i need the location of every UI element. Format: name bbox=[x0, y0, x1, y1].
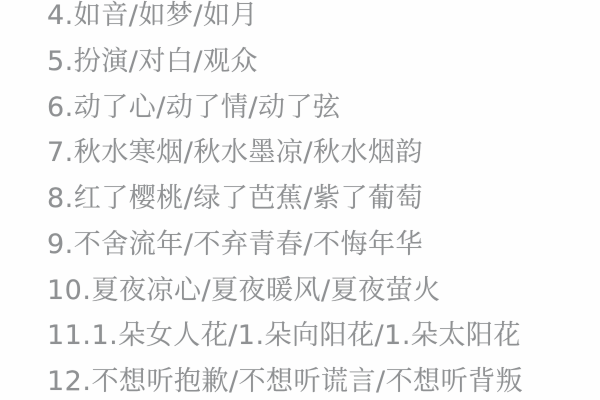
list-item: 11.1.朵女人花/1.朵向阳花/1.朵太阳花 bbox=[47, 313, 600, 359]
list-item: 4.如音/如梦/如月 bbox=[47, 0, 600, 39]
list-item: 7.秋水寒烟/秋水墨凉/秋水烟韵 bbox=[47, 130, 600, 176]
list-item: 6.动了心/动了情/动了弦 bbox=[47, 85, 600, 131]
list-item: 8.红了樱桃/绿了芭蕉/紫了葡萄 bbox=[47, 176, 600, 222]
list-item: 10.夏夜凉心/夏夜暖风/夏夜萤火 bbox=[47, 268, 600, 314]
list-item: 5.扮演/对白/观众 bbox=[47, 39, 600, 85]
list-item: 9.不舍流年/不弃青春/不悔年华 bbox=[47, 222, 600, 268]
nickname-list: 4.如音/如梦/如月 5.扮演/对白/观众 6.动了心/动了情/动了弦 7.秋水… bbox=[0, 0, 600, 393]
list-item: 12.不想听抱歉/不想听谎言/不想听背叛 bbox=[47, 359, 600, 393]
